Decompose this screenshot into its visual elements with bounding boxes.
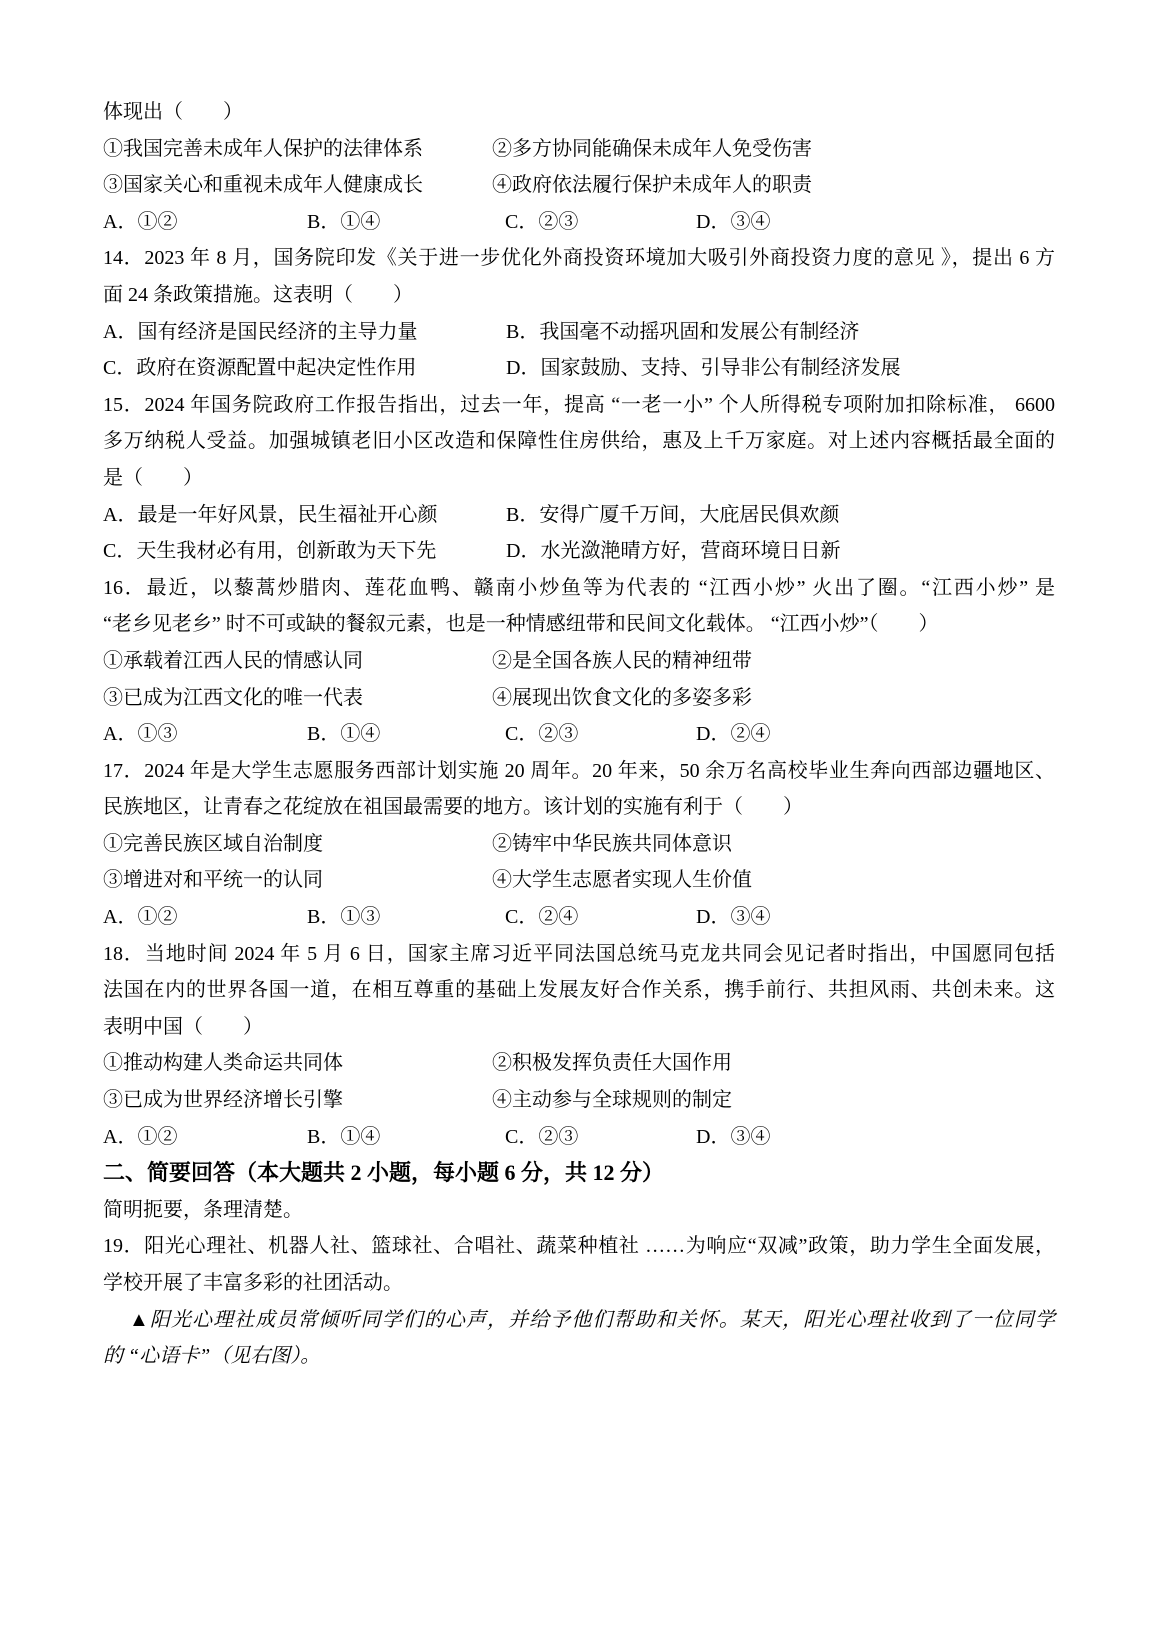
- q15-stem-line: 多万纳税人受益。加强城镇老旧小区改造和保障性住房供给，惠及上千万家庭。对上述内容…: [103, 423, 1055, 460]
- q17-statement-4: ④大学生志愿者实现人生价值: [492, 862, 1055, 899]
- q18-statement-4: ④主动参与全球规则的制定: [492, 1082, 1055, 1119]
- q14-option-c: C．政府在资源配置中起决定性作用: [103, 350, 506, 387]
- q18-statement-1: ①推动构建人类命运共同体: [103, 1045, 492, 1082]
- q14-option-b: B．我国毫不动摇巩固和发展公有制经济: [506, 314, 1055, 351]
- q13-statement-3: ③国家关心和重视未成年人健康成长: [103, 167, 492, 204]
- q14-choice-row: A．国有经济是国民经济的主导力量 B．我国毫不动摇巩固和发展公有制经济: [103, 314, 1055, 351]
- q13-statement-4: ④政府依法履行保护未成年人的职责: [492, 167, 1055, 204]
- q15-stem-line: 15．2024 年国务院政府工作报告指出，过去一年，提高 “一老一小” 个人所得…: [103, 387, 1055, 424]
- q17-options-row: A．①② B．①③ C．②④ D．③④: [103, 899, 1055, 936]
- q16-statement-row: ③已成为江西文化的唯一代表 ④展现出饮食文化的多姿多彩: [103, 680, 1055, 717]
- q13-option-c: C．②③: [505, 204, 696, 241]
- q18-options-row: A．①② B．①④ C．②③ D．③④: [103, 1119, 1055, 1156]
- q16-option-d: D．②④: [696, 716, 1055, 753]
- q18-option-c: C．②③: [505, 1119, 696, 1156]
- q13-option-a: A．①②: [103, 204, 307, 241]
- q14-option-a: A．国有经济是国民经济的主导力量: [103, 314, 506, 351]
- q16-statement-2: ②是全国各族人民的精神纽带: [492, 643, 1055, 680]
- q17-stem-line: 17．2024 年是大学生志愿服务西部计划实施 20 周年。20 年来，50 余…: [103, 753, 1055, 790]
- q18-stem-line: 法国在内的世界各国一道，在相互尊重的基础上发展友好合作关系，携手前行、共担风雨、…: [103, 972, 1055, 1009]
- q16-option-b: B．①④: [307, 716, 505, 753]
- q15-option-b: B．安得广厦千万间，大庇居民俱欢颜: [506, 497, 1055, 534]
- q14-option-d: D．国家鼓励、支持、引导非公有制经济发展: [506, 350, 1055, 387]
- q16-statement-1: ①承载着江西人民的情感认同: [103, 643, 492, 680]
- q15-option-a: A．最是一年好风景，民生福祉开心颜: [103, 497, 506, 534]
- q19-stem-line: 19．阳光心理社、机器人社、篮球社、合唱社、蔬菜种植社 ……为响应“双减”政策，…: [103, 1228, 1055, 1265]
- q16-statement-row: ①承载着江西人民的情感认同 ②是全国各族人民的精神纽带: [103, 643, 1055, 680]
- q17-statement-row: ③增进对和平统一的认同 ④大学生志愿者实现人生价值: [103, 862, 1055, 899]
- q18-stem-line: 18．当地时间 2024 年 5 月 6 日，国家主席习近平同法国总统马克龙共同…: [103, 936, 1055, 973]
- q17-option-c: C．②④: [505, 899, 696, 936]
- q17-option-b: B．①③: [307, 899, 505, 936]
- q13-statement-1: ①我国完善未成年人保护的法律体系: [103, 131, 492, 168]
- q14-choice-row: C．政府在资源配置中起决定性作用 D．国家鼓励、支持、引导非公有制经济发展: [103, 350, 1055, 387]
- q13-options-row: A．①② B．①④ C．②③ D．③④: [103, 204, 1055, 241]
- q15-choice-row: C．天生我材必有用，创新敢为天下先 D．水光潋滟晴方好，营商环境日日新: [103, 533, 1055, 570]
- q18-statement-2: ②积极发挥负责任大国作用: [492, 1045, 1055, 1082]
- q18-statement-row: ③已成为世界经济增长引擎 ④主动参与全球规则的制定: [103, 1082, 1055, 1119]
- q17-statement-row: ①完善民族区域自治制度 ②铸牢中华民族共同体意识: [103, 826, 1055, 863]
- q18-stem-line: 表明中国（ ）: [103, 1009, 1055, 1046]
- q16-stem-line: 16．最近，以藜蒿炒腊肉、莲花血鸭、赣南小炒鱼等为代表的 “江西小炒” 火出了圈…: [103, 570, 1055, 607]
- q13-option-d: D．③④: [696, 204, 1055, 241]
- q14-stem-line: 14．2023 年 8 月，国务院印发《关于进一步优化外商投资环境加大吸引外商投…: [103, 240, 1055, 277]
- q16-statement-3: ③已成为江西文化的唯一代表: [103, 680, 492, 717]
- q19-material-line: 的 “心语卡”（见右图）。: [103, 1338, 1055, 1375]
- q16-stem-line: “老乡见老乡” 时不可或缺的餐叙元素，也是一种情感纽带和民间文化载体。 “江西小…: [103, 606, 1055, 643]
- q17-option-a: A．①②: [103, 899, 307, 936]
- q13-stem-tail: 体现出（ ）: [103, 94, 1055, 131]
- q13-statement-row: ③国家关心和重视未成年人健康成长 ④政府依法履行保护未成年人的职责: [103, 167, 1055, 204]
- q18-option-b: B．①④: [307, 1119, 505, 1156]
- q14-stem-line: 面 24 条政策措施。这表明（ ）: [103, 277, 1055, 314]
- exam-page: 体现出（ ） ①我国完善未成年人保护的法律体系 ②多方协同能确保未成年人免受伤害…: [0, 0, 1158, 1638]
- q13-statement-2: ②多方协同能确保未成年人免受伤害: [492, 131, 1055, 168]
- q19-stem-line: 学校开展了丰富多彩的社团活动。: [103, 1265, 1055, 1302]
- q13-option-b: B．①④: [307, 204, 505, 241]
- q18-option-a: A．①②: [103, 1119, 307, 1156]
- q15-option-c: C．天生我材必有用，创新敢为天下先: [103, 533, 506, 570]
- q15-choice-row: A．最是一年好风景，民生福祉开心颜 B．安得广厦千万间，大庇居民俱欢颜: [103, 497, 1055, 534]
- q16-statement-4: ④展现出饮食文化的多姿多彩: [492, 680, 1055, 717]
- q17-statement-3: ③增进对和平统一的认同: [103, 862, 492, 899]
- q16-options-row: A．①③ B．①④ C．②③ D．②④: [103, 716, 1055, 753]
- q17-stem-line: 民族地区，让青春之花绽放在祖国最需要的地方。该计划的实施有利于（ ）: [103, 789, 1055, 826]
- q16-option-a: A．①③: [103, 716, 307, 753]
- q17-option-d: D．③④: [696, 899, 1055, 936]
- q19-material-line: ▲阳光心理社成员常倾听同学们的心声，并给予他们帮助和关怀。某天，阳光心理社收到了…: [103, 1302, 1055, 1339]
- q13-statement-row: ①我国完善未成年人保护的法律体系 ②多方协同能确保未成年人免受伤害: [103, 131, 1055, 168]
- section-2-header: 二、简要回答（本大题共 2 小题，每小题 6 分，共 12 分）: [103, 1155, 1055, 1192]
- q18-statement-row: ①推动构建人类命运共同体 ②积极发挥负责任大国作用: [103, 1045, 1055, 1082]
- q16-option-c: C．②③: [505, 716, 696, 753]
- section-2-note: 简明扼要，条理清楚。: [103, 1192, 1055, 1229]
- exam-content: 体现出（ ） ①我国完善未成年人保护的法律体系 ②多方协同能确保未成年人免受伤害…: [103, 94, 1055, 1375]
- q17-statement-1: ①完善民族区域自治制度: [103, 826, 492, 863]
- q18-option-d: D．③④: [696, 1119, 1055, 1156]
- q15-stem-line: 是（ ）: [103, 460, 1055, 497]
- q15-option-d: D．水光潋滟晴方好，营商环境日日新: [506, 533, 1055, 570]
- q17-statement-2: ②铸牢中华民族共同体意识: [492, 826, 1055, 863]
- q18-statement-3: ③已成为世界经济增长引擎: [103, 1082, 492, 1119]
